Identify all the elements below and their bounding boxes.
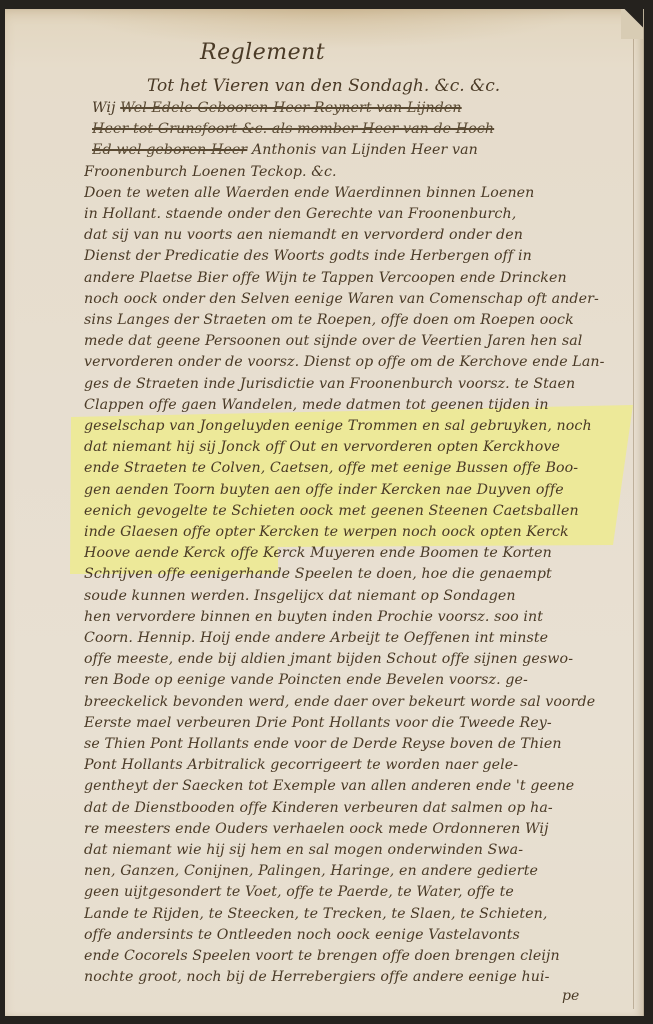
- line-text: se Thien Pont Hollants ende voor de Derd…: [84, 736, 562, 752]
- line-text: Lande te Rijden, te Steecken, te Trecken…: [84, 906, 548, 922]
- line-text: Pont Hollants Arbitralick gecorrigeert t…: [84, 757, 518, 773]
- manuscript-line: Hoove aende Kerck offe Kerck Muyeren end…: [84, 545, 614, 561]
- manuscript-line: Lande te Rijden, te Steecken, te Trecken…: [84, 906, 614, 922]
- line-text: ende Straeten te Colven, Caetsen, offe m…: [84, 460, 578, 476]
- line-text: ren Bode op eenige vande Poincten ende B…: [84, 672, 528, 688]
- line-text: Wij: [92, 100, 120, 116]
- line-text: vervorderen onder de voorsz. Dienst op o…: [84, 354, 605, 370]
- line-text: in Hollant. staende onder den Gerechte v…: [84, 206, 516, 222]
- line-text: offe meeste, ende bij aldien jmant bijde…: [84, 651, 573, 667]
- manuscript-line: Pont Hollants Arbitralick gecorrigeert t…: [84, 757, 614, 773]
- manuscript-line: nen, Ganzen, Conijnen, Palingen, Haringe…: [84, 863, 614, 879]
- line-text: nen, Ganzen, Conijnen, Palingen, Haringe…: [84, 863, 538, 879]
- struck-through-text: Ed wel geboren Heer: [92, 142, 247, 158]
- manuscript-line: dat de Dienstbooden offe Kinderen verbeu…: [84, 800, 614, 816]
- document-subtitle: Tot het Vieren van den Sondagh. &c. &c.: [147, 76, 500, 96]
- manuscript-line: vervorderen onder de voorsz. Dienst op o…: [84, 354, 614, 370]
- manuscript-line: Heer tot Grunsfoort &c. als momber Heer …: [92, 121, 622, 137]
- line-text: re meesters ende Ouders verhaelen oock m…: [84, 821, 549, 837]
- manuscript-line: dat niemant wie hij sij hem en sal mogen…: [84, 842, 614, 858]
- line-text: Coorn. Hennip. Hoij ende andere Arbeijt …: [84, 630, 548, 646]
- manuscript-line: ges de Straeten inde Jurisdictie van Fro…: [84, 376, 614, 392]
- document-viewer: Reglement Tot het Vieren van den Sondagh…: [0, 0, 653, 1024]
- line-text: Clappen offe gaen Wandelen, mede datmen …: [84, 397, 549, 413]
- line-text: nochte groot, noch bij de Herrebergiers …: [84, 969, 549, 985]
- manuscript-line: Dienst der Predicatie des Woorts godts i…: [84, 248, 614, 264]
- line-text: Eerste mael verbeuren Drie Pont Hollants…: [84, 715, 552, 731]
- manuscript-line: dat sij van nu voorts aen niemandt en ve…: [84, 227, 614, 243]
- line-text: ges de Straeten inde Jurisdictie van Fro…: [84, 376, 575, 392]
- line-text: andere Plaetse Bier offe Wijn te Tappen …: [84, 270, 567, 286]
- line-text: Hoove aende Kerck offe Kerck Muyeren end…: [84, 545, 552, 561]
- line-text: mede dat geene Persoonen out sijnde over…: [84, 333, 582, 349]
- manuscript-line: geselschap van Jongeluyden eenige Tromme…: [84, 418, 614, 434]
- line-text: inde Glaesen offe opter Kercken te werpe…: [84, 524, 569, 540]
- manuscript-line: offe meeste, ende bij aldien jmant bijde…: [84, 651, 614, 667]
- line-text: dat niemant hij sij Jonck off Out en ver…: [84, 439, 560, 455]
- line-text: eenich gevogelte te Schieten oock met ge…: [84, 503, 579, 519]
- manuscript-line: hen vervordere binnen en buyten inden Pr…: [84, 609, 614, 625]
- line-text: dat de Dienstbooden offe Kinderen verbeu…: [84, 800, 553, 816]
- manuscript-line: sins Langes der Straeten om te Roepen, o…: [84, 312, 614, 328]
- manuscript-line: se Thien Pont Hollants ende voor de Derd…: [84, 736, 614, 752]
- line-text: sins Langes der Straeten om te Roepen, o…: [84, 312, 574, 328]
- line-text: Dienst der Predicatie des Woorts godts i…: [84, 248, 532, 264]
- manuscript-line: nochte groot, noch bij de Herrebergiers …: [84, 969, 614, 985]
- manuscript-line: ende Cocorels Speelen voort te brengen o…: [84, 948, 614, 964]
- manuscript-line: mede dat geene Persoonen out sijnde over…: [84, 333, 614, 349]
- manuscript-line: noch oock onder den Selven eenige Waren …: [84, 291, 614, 307]
- line-text: geselschap van Jongeluyden eenige Tromme…: [84, 418, 592, 434]
- document-title: Reglement: [200, 40, 325, 65]
- line-text: hen vervordere binnen en buyten inden Pr…: [84, 609, 543, 625]
- line-text: Anthonis van Lijnden Heer van: [247, 142, 478, 158]
- manuscript-line: ende Straeten te Colven, Caetsen, offe m…: [84, 460, 614, 476]
- manuscript-line: Ed wel geboren Heer Anthonis van Lijnden…: [92, 142, 622, 158]
- manuscript-line: geen uijtgesondert te Voet, offe te Paer…: [84, 884, 614, 900]
- manuscript-line: Clappen offe gaen Wandelen, mede datmen …: [84, 397, 614, 413]
- manuscript-line: Coorn. Hennip. Hoij ende andere Arbeijt …: [84, 630, 614, 646]
- manuscript-line: Froonenburch Loenen Teckop. &c.: [84, 164, 614, 180]
- manuscript-line: ren Bode op eenige vande Poincten ende B…: [84, 672, 614, 688]
- manuscript-line: Doen te weten alle Waerden ende Waerdinn…: [84, 185, 614, 201]
- struck-through-text: Wel Edele Gebooren Heer Reynert van Lijn…: [120, 100, 461, 116]
- line-text: noch oock onder den Selven eenige Waren …: [84, 291, 599, 307]
- line-text: offe andersints te Ontleeden noch oock e…: [84, 927, 520, 943]
- page-edge-line: [633, 39, 634, 1009]
- manuscript-line: Eerste mael verbeuren Drie Pont Hollants…: [84, 715, 614, 731]
- manuscript-line: in Hollant. staende onder den Gerechte v…: [84, 206, 614, 222]
- manuscript-line: inde Glaesen offe opter Kercken te werpe…: [84, 524, 614, 540]
- manuscript-line: re meesters ende Ouders verhaelen oock m…: [84, 821, 614, 837]
- manuscript-line: Wij Wel Edele Gebooren Heer Reynert van …: [92, 100, 622, 116]
- line-text: dat sij van nu voorts aen niemandt en ve…: [84, 227, 523, 243]
- manuscript-line: offe andersints te Ontleeden noch oock e…: [84, 927, 614, 943]
- line-text: Doen te weten alle Waerden ende Waerdinn…: [84, 185, 534, 201]
- manuscript-line: andere Plaetse Bier offe Wijn te Tappen …: [84, 270, 614, 286]
- line-text: dat niemant wie hij sij hem en sal mogen…: [84, 842, 523, 858]
- folded-corner: [621, 9, 643, 39]
- manuscript-line: gen aenden Toorn buyten aen offe inder K…: [84, 482, 614, 498]
- manuscript-line: gentheyt der Saecken tot Exemple van all…: [84, 778, 614, 794]
- struck-through-text: Heer tot Grunsfoort &c. als momber Heer …: [92, 121, 494, 137]
- manuscript-line: eenich gevogelte te Schieten oock met ge…: [84, 503, 614, 519]
- manuscript-line: dat niemant hij sij Jonck off Out en ver…: [84, 439, 614, 455]
- manuscript-line: soude kunnen werden. Insgelijcx dat niem…: [84, 588, 614, 604]
- manuscript-line: Schrijven offe eenigerhande Speelen te d…: [84, 566, 614, 582]
- manuscript-line: breeckelick bevonden werd, ende daer ove…: [84, 694, 614, 710]
- line-text: ende Cocorels Speelen voort te brengen o…: [84, 948, 560, 964]
- line-text: Froonenburch Loenen Teckop. &c.: [84, 164, 337, 180]
- catchword: pe: [562, 988, 579, 1004]
- line-text: gentheyt der Saecken tot Exemple van all…: [84, 778, 574, 794]
- line-text: soude kunnen werden. Insgelijcx dat niem…: [84, 588, 516, 604]
- line-text: geen uijtgesondert te Voet, offe te Paer…: [84, 884, 514, 900]
- line-text: Schrijven offe eenigerhande Speelen te d…: [84, 566, 552, 582]
- line-text: breeckelick bevonden werd, ende daer ove…: [84, 694, 595, 710]
- line-text: gen aenden Toorn buyten aen offe inder K…: [84, 482, 564, 498]
